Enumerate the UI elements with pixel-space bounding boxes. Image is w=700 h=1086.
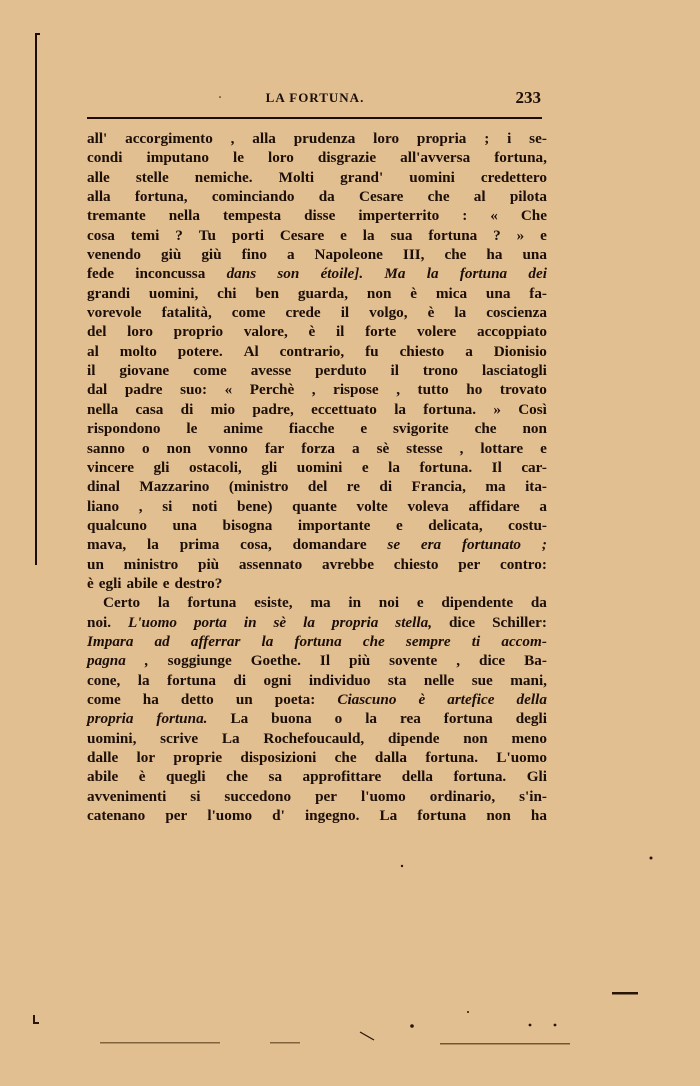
text-line: dalpadresuo:«Perchè,rispose,tuttohotrova… (87, 380, 547, 399)
text-line: nellacasadimiopadre,eccettuatolafortuna.… (87, 400, 547, 419)
page-number: 233 (516, 88, 542, 108)
text-line: cosatemi?TuportiCesareelasuafortuna?»e (87, 226, 547, 245)
text-line: Imparaadafferrarlafortunachesempretiacco… (87, 632, 547, 651)
text-line: ilgiovanecomeavesseperdutoiltronolasciat… (87, 361, 547, 380)
text-line: dallelorpropriedisposizionichedallafortu… (87, 748, 547, 767)
text-line: noi.L'uomoportainsèlapropriastella,diceS… (87, 613, 547, 632)
running-title: LA FORTUNA. (87, 90, 543, 106)
page-header: LA FORTUNA. 233 (87, 86, 543, 110)
header-rule (87, 117, 542, 119)
text-line: unministropiùassennatoavrebbechiestoperc… (87, 555, 547, 574)
text-line: Certolafortunaesiste,mainnoiedipendented… (87, 593, 547, 612)
text-line: abileèqueglichesaapprofittaredellafortun… (87, 767, 547, 786)
text-line: comehadettounpoeta:Ciascunoèarteficedell… (87, 690, 547, 709)
text-line: qualcunounabisognaimportanteedelicata,co… (87, 516, 547, 535)
text-line: èegliabileedestro? (87, 574, 547, 593)
text-line: sannoononvonnofarforzaasèstesse,lottaree (87, 439, 547, 458)
text-line: allestellenemiche.Moltigrand'uominicrede… (87, 168, 547, 187)
text-line: allafortuna,cominciandodaCesarechealpilo… (87, 187, 547, 206)
text-line: liano,sinotibene)quantevoltevolevaaffida… (87, 497, 547, 516)
text-line: rispondonoleanimefiaccheesvigoritechenon (87, 419, 547, 438)
text-line: vinceregliostacoli,gliuominielafortuna.I… (87, 458, 547, 477)
text-line: delloropropriovalore,èilfortevolereaccop… (87, 322, 547, 341)
text-line: venendogiùgiùfinoaNapoleoneIII,chehauna (87, 245, 547, 264)
text-line: mava,laprimacosa,domandareseerafortunato… (87, 535, 547, 554)
text-line: uomini,scriveLaRochefoucauld,dipendenonm… (87, 729, 547, 748)
text-line: cone,lafortunadiogniindividuostanellesue… (87, 671, 547, 690)
text-line: fedeinconcussadanssonétoile].Malafortuna… (87, 264, 547, 283)
text-line: all'accorgimento,allaprudenzaloropropria… (87, 129, 547, 148)
text-line: grandiuomini,chibenguarda,nonèmicaunafa- (87, 284, 547, 303)
body-text: all'accorgimento,allaprudenzaloropropria… (87, 129, 547, 825)
text-line: vorevolefatalità,comecredeilvolgo,èlacos… (87, 303, 547, 322)
text-line: catenanoperl'uomod'ingegno.Lafortunanonh… (87, 806, 547, 825)
text-line: tremantenellatempestadisseimperterrito:«… (87, 206, 547, 225)
text-line: almoltopotere.Alcontrario,fuchiestoaDion… (87, 342, 547, 361)
text-line: pagna,soggiungeGoethe.Ilpiùsovente,diceB… (87, 651, 547, 670)
text-line: propriafortuna.Labuonaolareafortunadegli (87, 709, 547, 728)
text-line: dinalMazzarino(ministrodelrediFrancia,ma… (87, 477, 547, 496)
text-line: avvenimentisisuccedonoperl'uomoordinario… (87, 787, 547, 806)
text-line: condiimputanolelorodisgrazieall'avversaf… (87, 148, 547, 167)
left-margin-rule (35, 33, 37, 565)
